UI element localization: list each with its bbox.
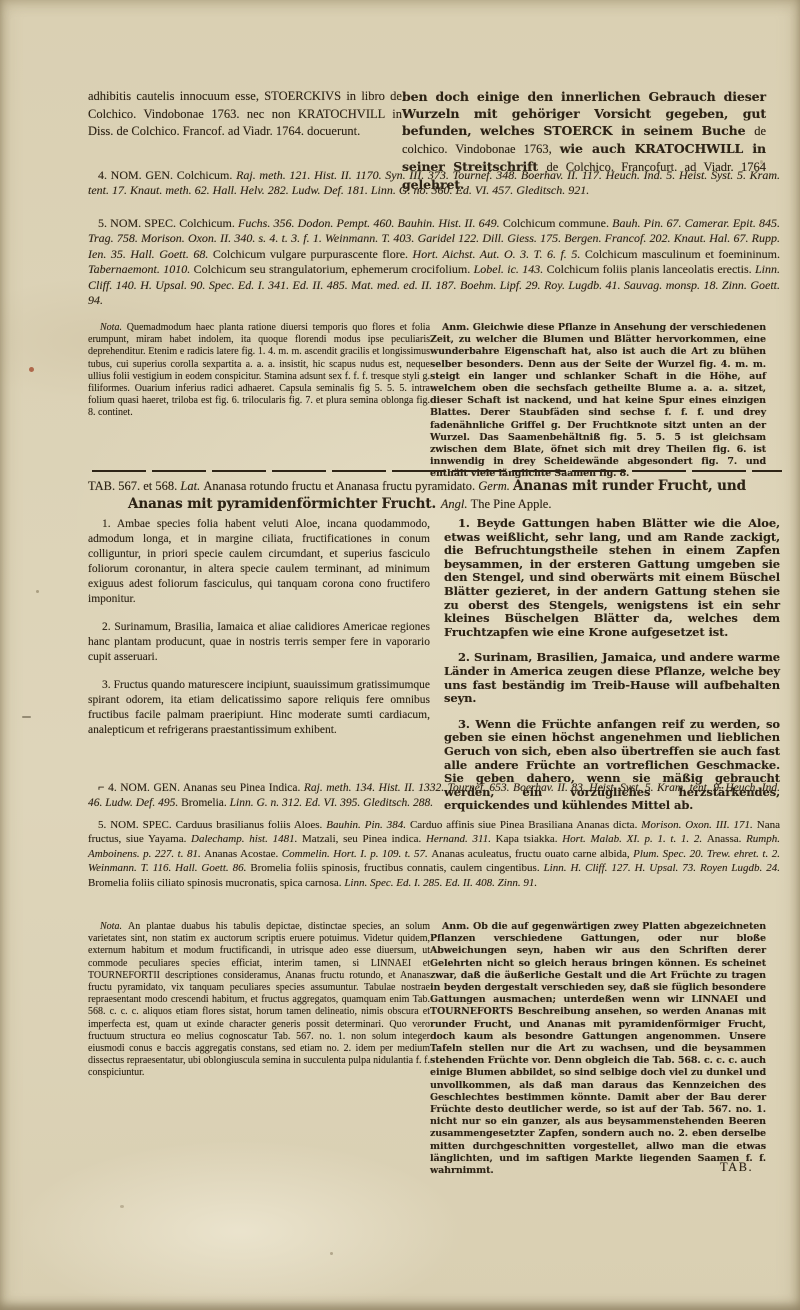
colchicum-nom-spec-bibliography: 5. NOM. SPEC. Colchicum. Fuchs. 356. Dod… <box>88 216 780 308</box>
latin-paragraph-1: 1. Ambae species folia habent veluti Alo… <box>88 517 430 607</box>
ananas-latin-paragraphs: 1. Ambae species folia habent veluti Alo… <box>88 517 430 751</box>
ananas-nom-spec-bibliography: 5. NOM. SPEC. Carduus brasilianus foliis… <box>88 818 780 890</box>
book-page: adhibitis cautelis innocuum esse, STOERC… <box>0 0 800 1310</box>
latin-paragraph-2: 2. Surinamum, Brasilia, Iamaica et aliae… <box>88 620 430 665</box>
catchword: TAB. <box>720 1160 753 1175</box>
colchicum-anm-german: Anm. Gleichwie diese Pflanze in Ansehung… <box>430 322 766 481</box>
ananas-nom-gen-bibliography: ⌐ 4. NOM. GEN. Ananas seu Pinea Indica. … <box>88 781 780 812</box>
colchicum-latin-continuation: adhibitis cautelis innocuum esse, STOERC… <box>88 88 402 141</box>
ananas-nota-section: Nota. An plantae duabus his tabulis depi… <box>88 921 780 1177</box>
paper-speck <box>330 1252 333 1255</box>
colchicum-nom-gen-bibliography: 4. NOM. GEN. Colchicum. Raj. meth. 121. … <box>88 168 780 199</box>
paper-speck <box>36 590 39 593</box>
paper-speck <box>22 716 31 718</box>
tab-567-568-heading: TAB. 567. et 568. Lat. Ananasa rotundo f… <box>88 478 780 513</box>
ananas-description-section: 1. Ambae species folia habent veluti Alo… <box>88 517 780 825</box>
german-paragraph-2: 2. Surinam, Brasilien, Jamaica, und ande… <box>444 651 780 705</box>
ananas-german-paragraphs: 1. Beyde Gattungen haben Blätter wie die… <box>444 517 780 825</box>
colchicum-nota-latin: Nota. Quemadmodum haec planta ratione di… <box>88 322 430 420</box>
section-divider-rule <box>92 470 782 472</box>
paper-speck <box>29 367 34 372</box>
paper-speck <box>120 1205 124 1208</box>
colchicum-nota-section: Nota. Quemadmodum haec planta ratione di… <box>88 322 780 481</box>
ananas-nota-latin: Nota. An plantae duabus his tabulis depi… <box>88 921 430 1080</box>
ananas-anm-german: Anm. Ob die auf gegenwärtigen zwey Platt… <box>430 921 766 1177</box>
latin-paragraph-3: 3. Fructus quando maturescere incipiunt,… <box>88 678 430 738</box>
german-paragraph-1: 1. Beyde Gattungen haben Blätter wie die… <box>444 517 780 639</box>
